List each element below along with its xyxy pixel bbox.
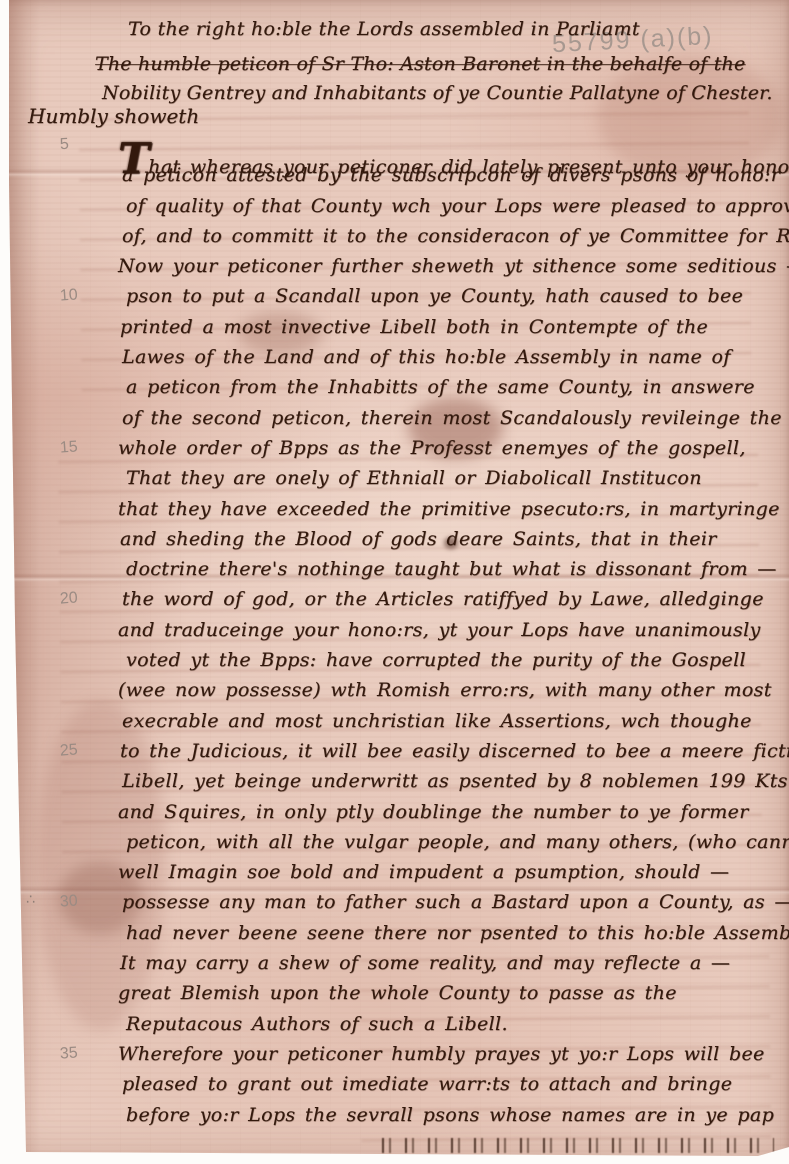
salutation: Humbly showeth: [28, 104, 199, 128]
line-text: Now your peticoner further sheweth yt si…: [118, 255, 789, 277]
line-text: to the Judicious, it will bee easily dis…: [118, 740, 789, 762]
line-text: that they have exceeded the primitive ps…: [118, 498, 780, 520]
manuscript-line: 30 possesse any man to father such a Bas…: [118, 891, 779, 921]
manuscript-line: 25 to the Judicious, it will bee easily …: [118, 740, 779, 770]
manuscript-line: Lawes of the Land and of this ho:ble Ass…: [118, 346, 779, 376]
manuscript-line: of quality of that County wch your Lops …: [118, 195, 779, 225]
manuscript-line: That they are onely of Ethniall or Diabo…: [118, 467, 779, 497]
manuscript-line: printed a most invective Libell both in …: [118, 316, 779, 346]
line-text: peticon, with all the vulgar people, and…: [118, 831, 789, 853]
line-text: before yo:r Lops the sevrall psons whose…: [118, 1104, 774, 1126]
line-text: a peticon attested by the subscripcon of…: [118, 164, 789, 186]
manuscript-line: Libell, yet beinge underwritt as psented…: [118, 770, 779, 800]
line-number: 10: [59, 287, 78, 306]
line-number: 30: [59, 893, 78, 912]
line-text: of, and to committ it to the consideraco…: [118, 225, 789, 247]
petition-address-line: The humble peticon of Sr Tho: Aston Baro…: [95, 53, 745, 75]
manuscript-line: a peticon attested by the subscripcon of…: [118, 164, 779, 194]
line-text: whole order of Bpps as the Professt enem…: [118, 437, 746, 459]
manuscript-page: 55799 (a)(b) To the right ho:ble the Lor…: [0, 0, 789, 1164]
line-number: 15: [59, 438, 78, 457]
manuscript-line: 20 the word of god, or the Articles rati…: [118, 588, 779, 618]
document-heading: To the right ho:ble the Lords assembled …: [128, 18, 640, 40]
line-text: It may carry a shew of some reality, and…: [118, 952, 730, 974]
line-text: Reputacous Authors of such a Libell.: [118, 1013, 508, 1035]
manuscript-line: of the second peticon, therein most Scan…: [118, 407, 779, 437]
line-text: of the second peticon, therein most Scan…: [118, 407, 782, 429]
line-number: 20: [59, 590, 78, 609]
manuscript-line: Now your peticoner further sheweth yt si…: [118, 255, 779, 285]
line-text: and sheding the Blood of gods deare Sain…: [118, 528, 717, 550]
manuscript-line: Reputacous Authors of such a Libell.: [118, 1013, 779, 1043]
line-number: 35: [59, 1044, 78, 1063]
line-text: pleased to grant out imediate warr:ts to…: [118, 1073, 732, 1095]
line-text: a peticon from the Inhabitts of the same…: [118, 376, 755, 398]
cut-off-line-strokes: [382, 1138, 774, 1153]
manuscript-line: 15 whole order of Bpps as the Professt e…: [118, 437, 779, 467]
manuscript-line: voted yt the Bpps: have corrupted the pu…: [118, 649, 779, 679]
line-text: voted yt the Bpps: have corrupted the pu…: [118, 649, 746, 671]
line-text: pson to put a Scandall upon ye County, h…: [118, 285, 743, 307]
manuscript-line: 35 Wherefore your peticoner humbly praye…: [118, 1043, 779, 1073]
manuscript-line: (wee now possesse) wth Romish erro:rs, w…: [118, 679, 779, 709]
manuscript-line: 10 pson to put a Scandall upon ye County…: [118, 285, 779, 315]
manuscript-line: had never beene seene there nor psented …: [118, 922, 779, 952]
line-text: great Blemish upon the whole County to p…: [118, 982, 677, 1004]
manuscript-line: before yo:r Lops the sevrall psons whose…: [118, 1104, 779, 1134]
line-text: Lawes of the Land and of this ho:ble Ass…: [118, 346, 731, 368]
manuscript-line: and sheding the Blood of gods deare Sain…: [118, 528, 779, 558]
manuscript-line: that they have exceeded the primitive ps…: [118, 498, 779, 528]
line-text: printed a most invective Libell both in …: [118, 316, 708, 338]
line-number: 5: [59, 136, 69, 155]
line-number: 25: [59, 741, 78, 760]
petition-address-line: Nobility Gentrey and Inhabitants of ye C…: [102, 82, 773, 104]
manuscript-line: 5 That whereas your peticoner did lately…: [118, 134, 779, 164]
line-text: and traduceinge your hono:rs, yt your Lo…: [118, 619, 761, 641]
manuscript-line: and traduceinge your hono:rs, yt your Lo…: [118, 619, 779, 649]
line-text: That they are onely of Ethniall or Diabo…: [118, 467, 702, 489]
manuscript-line: It may carry a shew of some reality, and…: [118, 952, 779, 982]
line-text: of quality of that County wch your Lops …: [118, 195, 789, 217]
line-text: Wherefore your peticoner humbly prayes y…: [118, 1043, 765, 1065]
line-text: had never beene seene there nor psented …: [118, 922, 789, 944]
line-text: (wee now possesse) wth Romish erro:rs, w…: [118, 679, 772, 701]
line-text: the word of god, or the Articles ratiffy…: [118, 588, 764, 610]
manuscript-line: a peticon from the Inhabitts of the same…: [118, 376, 779, 406]
line-text: possesse any man to father such a Bastar…: [118, 891, 789, 913]
manuscript-line: well Imagin soe bold and impudent a psum…: [118, 861, 779, 891]
manuscript-line: of, and to committ it to the consideraco…: [118, 225, 779, 255]
manuscript-line: doctrine there's nothinge taught but wha…: [118, 558, 779, 588]
manuscript-line: pleased to grant out imediate warr:ts to…: [118, 1073, 779, 1103]
manuscript-line: execrable and most unchristian like Asse…: [118, 710, 779, 740]
manuscript-line: great Blemish upon the whole County to p…: [118, 982, 779, 1012]
line-text: well Imagin soe bold and impudent a psum…: [118, 861, 729, 883]
line-text: doctrine there's nothinge taught but wha…: [118, 558, 777, 580]
line-text: Libell, yet beinge underwritt as psented…: [118, 770, 788, 792]
line-text: execrable and most unchristian like Asse…: [118, 710, 752, 732]
body-lines: 5 That whereas your peticoner did lately…: [118, 134, 779, 1134]
manuscript-line: and Squires, in only ptly doublinge the …: [118, 801, 779, 831]
line-text: and Squires, in only ptly doublinge the …: [118, 801, 749, 823]
manuscript-line: peticon, with all the vulgar people, and…: [118, 831, 779, 861]
scanned-document: 55799 (a)(b) To the right ho:ble the Lor…: [0, 0, 789, 1164]
pencil-margin-mark: ∴: [26, 892, 36, 908]
